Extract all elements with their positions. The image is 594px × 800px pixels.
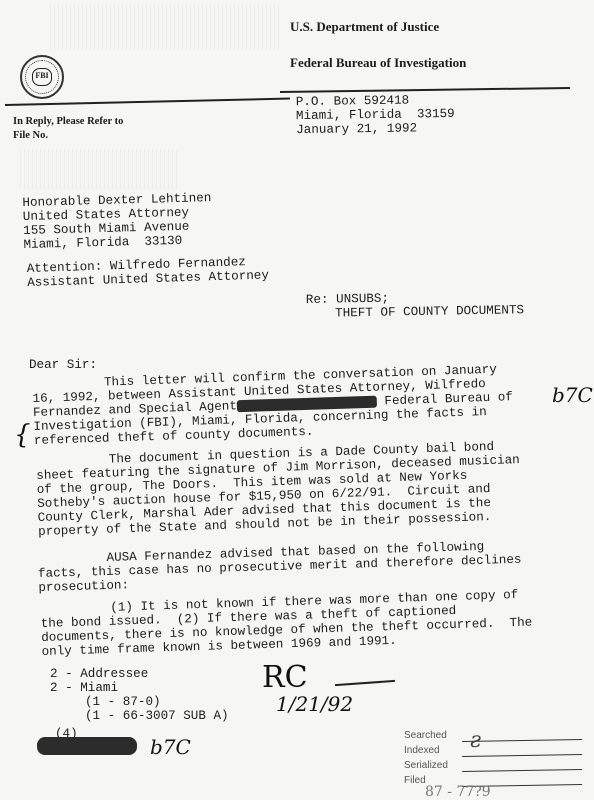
paragraph-3: AUSA Fernandez advised that based on the… bbox=[37, 539, 522, 595]
exemption-b7c-bottom: b7C bbox=[150, 735, 191, 759]
filing-stamp: Searched Indexed Serialized Filed bbox=[404, 726, 582, 786]
dist-sub-2: (1 - 66-3007 SUB A) bbox=[50, 709, 229, 723]
photocopy-noise bbox=[50, 5, 280, 50]
handwritten-date-horizontal: 1/21/92 bbox=[276, 692, 353, 716]
photocopy-noise bbox=[20, 150, 180, 190]
subject-block: Re: UNSUBS; THEFT OF COUNTY DOCUMENTS bbox=[306, 289, 524, 321]
salutation: Dear Sir: bbox=[29, 358, 97, 372]
city-state-zip: Miami, Florida 33159 bbox=[296, 107, 455, 123]
fbi-seal-icon: FBI bbox=[20, 55, 64, 99]
stamp-searched: Searched bbox=[404, 726, 582, 741]
paragraph-4: (1) It is not known if there was more th… bbox=[40, 588, 533, 659]
bureau-name: Federal Bureau of Investigation bbox=[290, 55, 466, 71]
recipient-address: Honorable Dexter Lehtinen United States … bbox=[22, 191, 212, 252]
dist-addressee: 2 - Addressee bbox=[50, 667, 229, 681]
department-name: U.S. Department of Justice bbox=[290, 19, 439, 35]
exemption-b7c-top: b7C bbox=[552, 383, 593, 407]
stamp-label: Serialized bbox=[404, 760, 462, 771]
dist-sub-1: (1 - 87-0) bbox=[50, 695, 229, 709]
stamp-label: Indexed bbox=[404, 745, 462, 756]
distribution-list: 2 - Addressee 2 - Miami (1 - 87-0) (1 - … bbox=[50, 667, 229, 723]
stamp-line bbox=[462, 759, 582, 772]
attention-block: Attention: Wilfredo Fernandez Assistant … bbox=[27, 254, 270, 290]
paragraph-2: The document in question is a Dade Count… bbox=[36, 439, 522, 539]
file-no-label: File No. bbox=[13, 130, 48, 141]
stamp-serialized: Serialized bbox=[404, 756, 582, 771]
letter-date: January 21, 1992 bbox=[296, 121, 455, 137]
subject-title: THEFT OF COUNTY DOCUMENTS bbox=[306, 303, 524, 321]
stamp-label: Searched bbox=[404, 730, 462, 741]
stamp-indexed: Indexed bbox=[404, 741, 582, 756]
redaction-initials bbox=[37, 737, 137, 755]
handwritten-initials: RC bbox=[262, 660, 308, 695]
letterhead-rule-right bbox=[280, 87, 570, 93]
stamp-initials-scrawl: ƨ bbox=[470, 728, 481, 753]
reply-refer-label: In Reply, Please Refer to bbox=[13, 116, 123, 127]
sender-address: P.O. Box 592418 Miami, Florida 33159 Jan… bbox=[296, 93, 455, 137]
signature-stroke bbox=[335, 680, 395, 686]
letterhead-rule bbox=[5, 98, 290, 106]
margin-brace: { bbox=[14, 420, 31, 450]
paragraph-1: This letter will confirm the conversatio… bbox=[32, 362, 514, 448]
file-number-scrawl: 87 - 77?9 bbox=[425, 784, 491, 800]
dist-miami: 2 - Miami bbox=[50, 681, 229, 695]
